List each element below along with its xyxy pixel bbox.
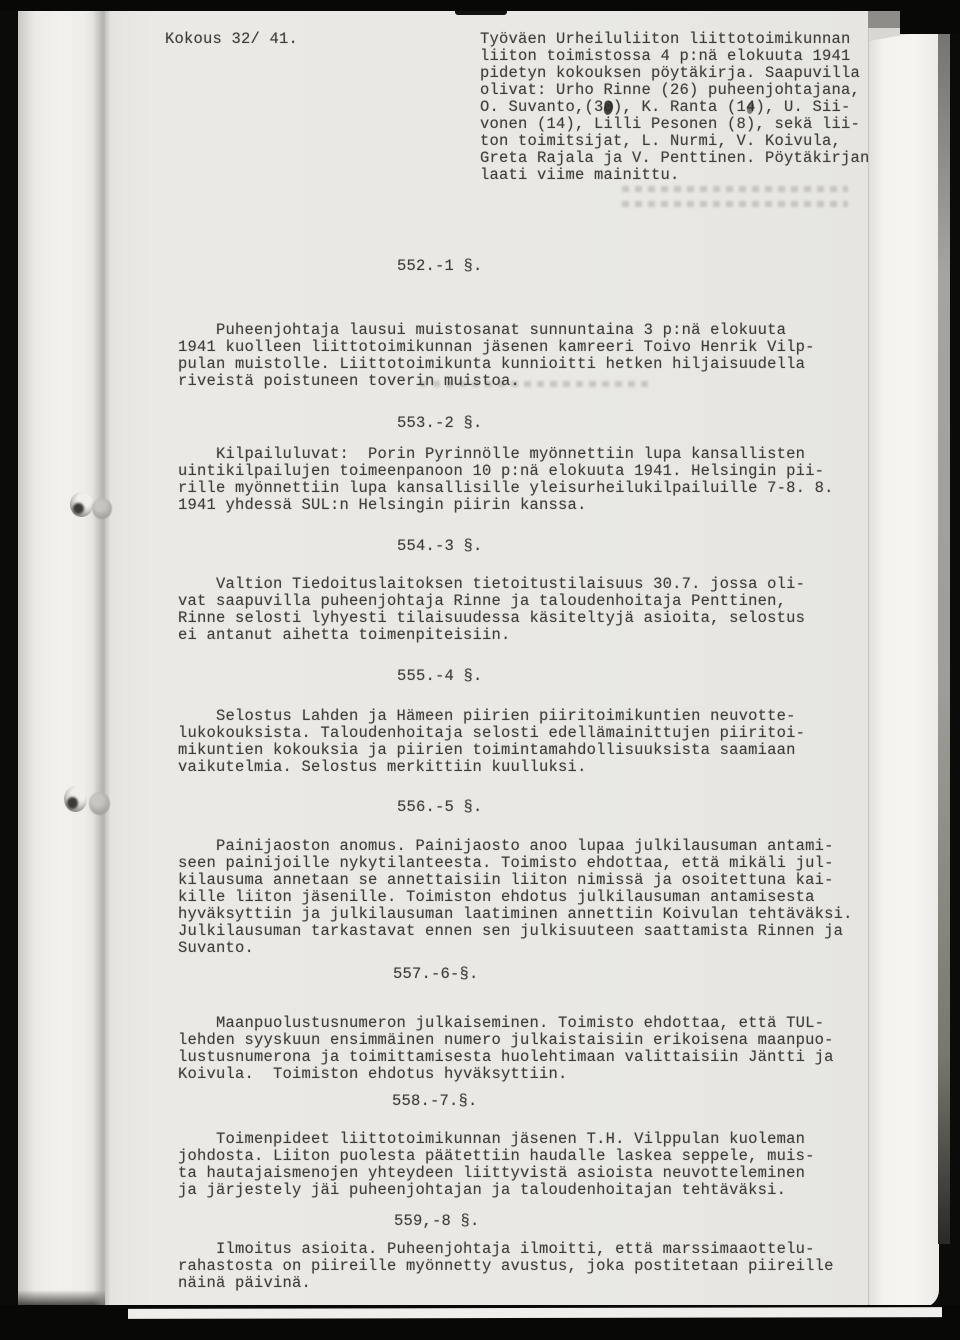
section-heading-556: 556.-5 §. bbox=[397, 799, 483, 816]
frame-top-bar bbox=[0, 0, 960, 11]
punch-hole-ring bbox=[64, 786, 87, 812]
section-paragraph-559: Ilmoitus asioita. Puheenjohtaja ilmoitti… bbox=[178, 1241, 834, 1292]
frame-notch bbox=[455, 11, 507, 15]
section-paragraph-558: Toimenpideet liittotoimikunnan jäsenen T… bbox=[178, 1131, 815, 1199]
section-paragraph-552: Puheenjohtaja lausui muistosanat sunnunt… bbox=[178, 322, 815, 390]
section-paragraph-553: Kilpailuluvat: Porin Pyrinnölle myönnett… bbox=[178, 446, 834, 514]
scanned-document-photo: Kokous 32/ 41. Työväen Urheiluliiton lii… bbox=[0, 0, 960, 1340]
document-page: Kokous 32/ 41. Työväen Urheiluliiton lii… bbox=[105, 10, 868, 1306]
section-heading-558: 558.-7.§. bbox=[392, 1093, 478, 1110]
page-edge-right-strip bbox=[868, 24, 939, 1308]
section-heading-553: 553.-2 §. bbox=[397, 415, 483, 432]
meeting-number-label: Kokous 32/ 41. bbox=[165, 31, 298, 48]
section-heading-559: 559,-8 §. bbox=[394, 1213, 480, 1230]
ghost-text-line bbox=[622, 201, 848, 207]
punch-hole-dot bbox=[92, 498, 112, 519]
section-paragraph-554: Valtion Tiedoituslaitoksen tietoitustila… bbox=[178, 576, 805, 644]
binder-spine-sliver bbox=[938, 0, 950, 1244]
punch-hole-dot bbox=[89, 792, 110, 815]
section-heading-557: 557.-6-§. bbox=[393, 966, 479, 983]
punch-hole-ring bbox=[70, 492, 93, 517]
section-paragraph-555: Selostus Lahden ja Hämeen piirien piirit… bbox=[178, 708, 805, 776]
section-paragraph-557: Maanpuolustusnumeron julkaiseminen. Toim… bbox=[178, 1015, 834, 1083]
lower-page-sliver bbox=[128, 1307, 942, 1319]
ghost-text-line bbox=[622, 186, 848, 192]
section-heading-555: 555.-4 §. bbox=[397, 668, 483, 685]
header-intro-paragraph: Työväen Urheiluliiton liittotoimikunnan … bbox=[480, 31, 870, 184]
section-heading-552: 552.-1 §. bbox=[397, 258, 483, 275]
ghost-text-smudge bbox=[622, 186, 848, 216]
section-heading-554: 554.-3 §. bbox=[397, 538, 483, 555]
section-paragraph-556: Painijaoston anomus. Painijaosto anoo lu… bbox=[178, 838, 853, 957]
